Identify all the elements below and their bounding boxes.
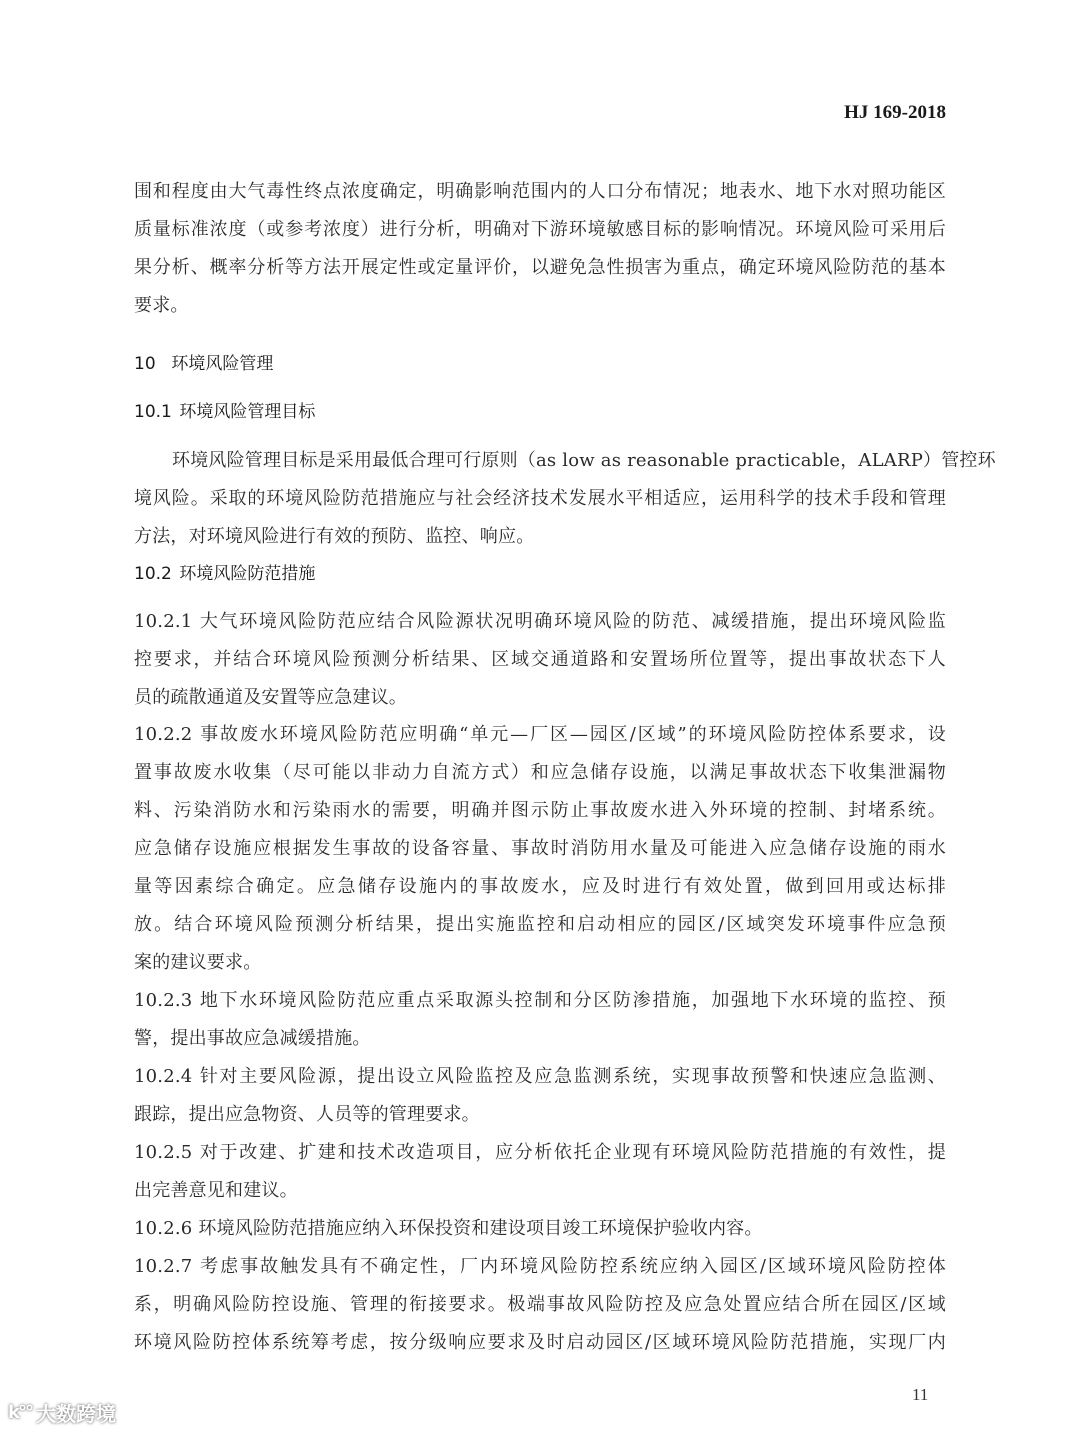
clause-10-2-1-line: 10.2.1 大气环境风险防范应结合风险源状况明确环境风险的防范、减缓措施，提出… bbox=[134, 610, 946, 634]
clause-10-2-4-line: 10.2.4 针对主要风险源，提出设立风险监控及应急监测系统，实现事故预警和快速… bbox=[134, 1065, 946, 1089]
section-10-heading: 10 环境风险管理 bbox=[134, 352, 273, 376]
section-10-2-heading: 10.2 环境风险防范措施 bbox=[134, 562, 315, 586]
clause-10-2-2-line: 料、污染消防水和污染雨水的需要，明确并图示防止事故废水进入外环境的控制、封堵系统… bbox=[134, 799, 946, 823]
section-title: 环境风险管理 bbox=[171, 354, 273, 374]
watermark-logo-icon: k°° bbox=[8, 1402, 32, 1423]
clause-10-2-3-line: 10.2.3 地下水环境风险防范应重点采取源头控制和分区防渗措施，加强地下水环境… bbox=[134, 989, 946, 1013]
clause-10-2-2-line: 应急储存设施应根据发生事故的设备容量、事故时消防用水量及可能进入应急储存设施的雨… bbox=[134, 837, 946, 861]
intro-line: 质量标准浓度（或参考浓度）进行分析，明确对下游环境敏感目标的影响情况。环境风险可… bbox=[134, 218, 946, 242]
clause-10-2-7-line: 环境风险防控体系统筹考虑，按分级响应要求及时启动园区/区域环境风险防范措施，实现… bbox=[134, 1331, 946, 1355]
clause-10-2-2-line: 置事故废水收集（尽可能以非动力自流方式）和应急储存设施，以满足事故状态下收集泄漏… bbox=[134, 761, 946, 785]
section-10-1-heading: 10.1 环境风险管理目标 bbox=[134, 400, 315, 424]
section-number: 10.1 bbox=[134, 400, 174, 424]
section-title: 环境风险管理目标 bbox=[179, 402, 315, 422]
intro-line: 围和程度由大气毒性终点浓度确定，明确影响范围内的人口分布情况；地表水、地下水对照… bbox=[134, 180, 946, 204]
intro-line: 要求。 bbox=[134, 294, 946, 318]
clause-10-2-4-line: 跟踪，提出应急物资、人员等的管理要求。 bbox=[134, 1103, 946, 1127]
section-title: 环境风险防范措施 bbox=[179, 564, 315, 584]
clause-10-2-2-line: 放。结合环境风险预测分析结果，提出实施监控和启动相应的园区/区域突发环境事件应急… bbox=[134, 913, 946, 937]
clause-10-2-2-line: 10.2.2 事故废水环境风险防范应明确“单元—厂区—园区/区域”的环境风险防控… bbox=[134, 723, 946, 747]
clause-10-2-2-line: 量等因素综合确定。应急储存设施内的事故废水，应及时进行有效处置，做到回用或达标排 bbox=[134, 875, 946, 899]
clause-10-2-1-line: 控要求，并结合环境风险预测分析结果、区域交通道路和安置场所位置等，提出事故状态下… bbox=[134, 648, 946, 672]
clause-10-2-6-line: 10.2.6 环境风险防范措施应纳入环保投资和建设项目竣工环境保护验收内容。 bbox=[134, 1217, 946, 1241]
clause-10-2-2-line: 案的建议要求。 bbox=[134, 951, 946, 975]
clause-10-2-3-line: 警，提出事故应急减缓措施。 bbox=[134, 1027, 946, 1051]
intro-line: 果分析、概率分析等方法开展定性或定量评价，以避免急性损害为重点，确定环境风险防范… bbox=[134, 256, 946, 280]
clause-10-2-7-line: 10.2.7 考虑事故触发具有不确定性，厂内环境风险防控系统应纳入园区/区域环境… bbox=[134, 1255, 946, 1279]
clause-10-2-5-line: 10.2.5 对于改建、扩建和技术改造项目，应分析依托企业现有环境风险防范措施的… bbox=[134, 1141, 946, 1165]
watermark-text: 大数跨境 bbox=[36, 1398, 116, 1427]
body-line: 方法，对环境风险进行有效的预防、监控、响应。 bbox=[134, 525, 946, 549]
body-line: 境风险。采取的环境风险防范措施应与社会经济技术发展水平相适应，运用科学的技术手段… bbox=[134, 487, 946, 511]
section-number: 10.2 bbox=[134, 562, 174, 586]
clause-10-2-5-line: 出完善意见和建议。 bbox=[134, 1179, 946, 1203]
body-line: 环境风险管理目标是采用最低合理可行原则（as low as reasonable… bbox=[172, 449, 946, 473]
clause-10-2-1-line: 员的疏散通道及安置等应急建议。 bbox=[134, 686, 946, 710]
standard-code: HJ 169-2018 bbox=[844, 102, 946, 124]
watermark: k°° 大数跨境 bbox=[8, 1398, 116, 1427]
page-number: 11 bbox=[912, 1385, 928, 1405]
section-number: 10 bbox=[134, 352, 166, 376]
clause-10-2-7-line: 系，明确风险防控设施、管理的衔接要求。极端事故风险防控及应急处置应结合所在园区/… bbox=[134, 1293, 946, 1317]
